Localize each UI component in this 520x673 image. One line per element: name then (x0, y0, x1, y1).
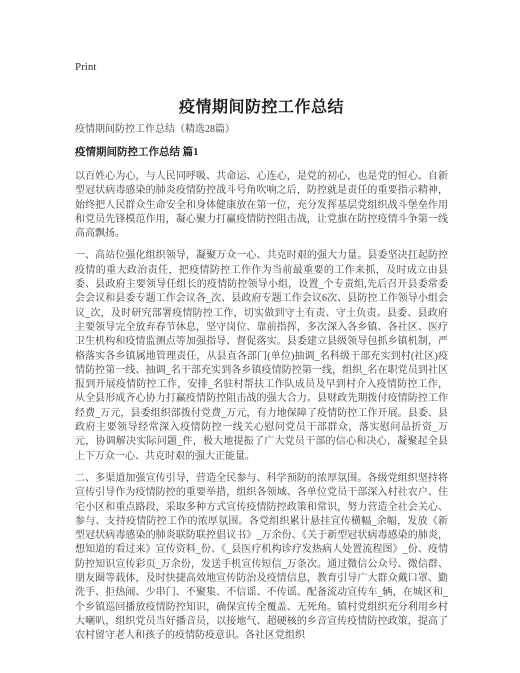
print-button[interactable]: Print (75, 61, 96, 74)
document-page: Print 疫情期间防控工作总结 疫情期间防控工作总结（精选28篇） 疫情期间防… (0, 0, 520, 673)
paragraph-section-2: 二、多渠道加强宣传引导，营造全民参与、科学预防的浓厚氛围。各级党组织坚持将宣传引… (75, 472, 448, 644)
section-heading: 疫情期间防控工作总结 篇1 (75, 146, 448, 160)
paragraph-section-1: 一、高站位强化组织领导，凝聚万众一心、共克时艰的强大力量。县委坚决扛起防控疫情的… (75, 249, 448, 463)
document-subtitle: 疫情期间防控工作总结（精选28篇） (75, 123, 448, 137)
paragraph-intro: 以百姓心为心，与人民同呼吸、共命运、心连心，是党的初心，也是党的恒心。自新型冠状… (75, 170, 448, 241)
document-body: 以百姓心为心，与人民同呼吸、共命运、心连心，是党的初心，也是党的恒心。自新型冠状… (75, 170, 448, 644)
page-title: 疫情期间防控工作总结 (75, 97, 448, 118)
